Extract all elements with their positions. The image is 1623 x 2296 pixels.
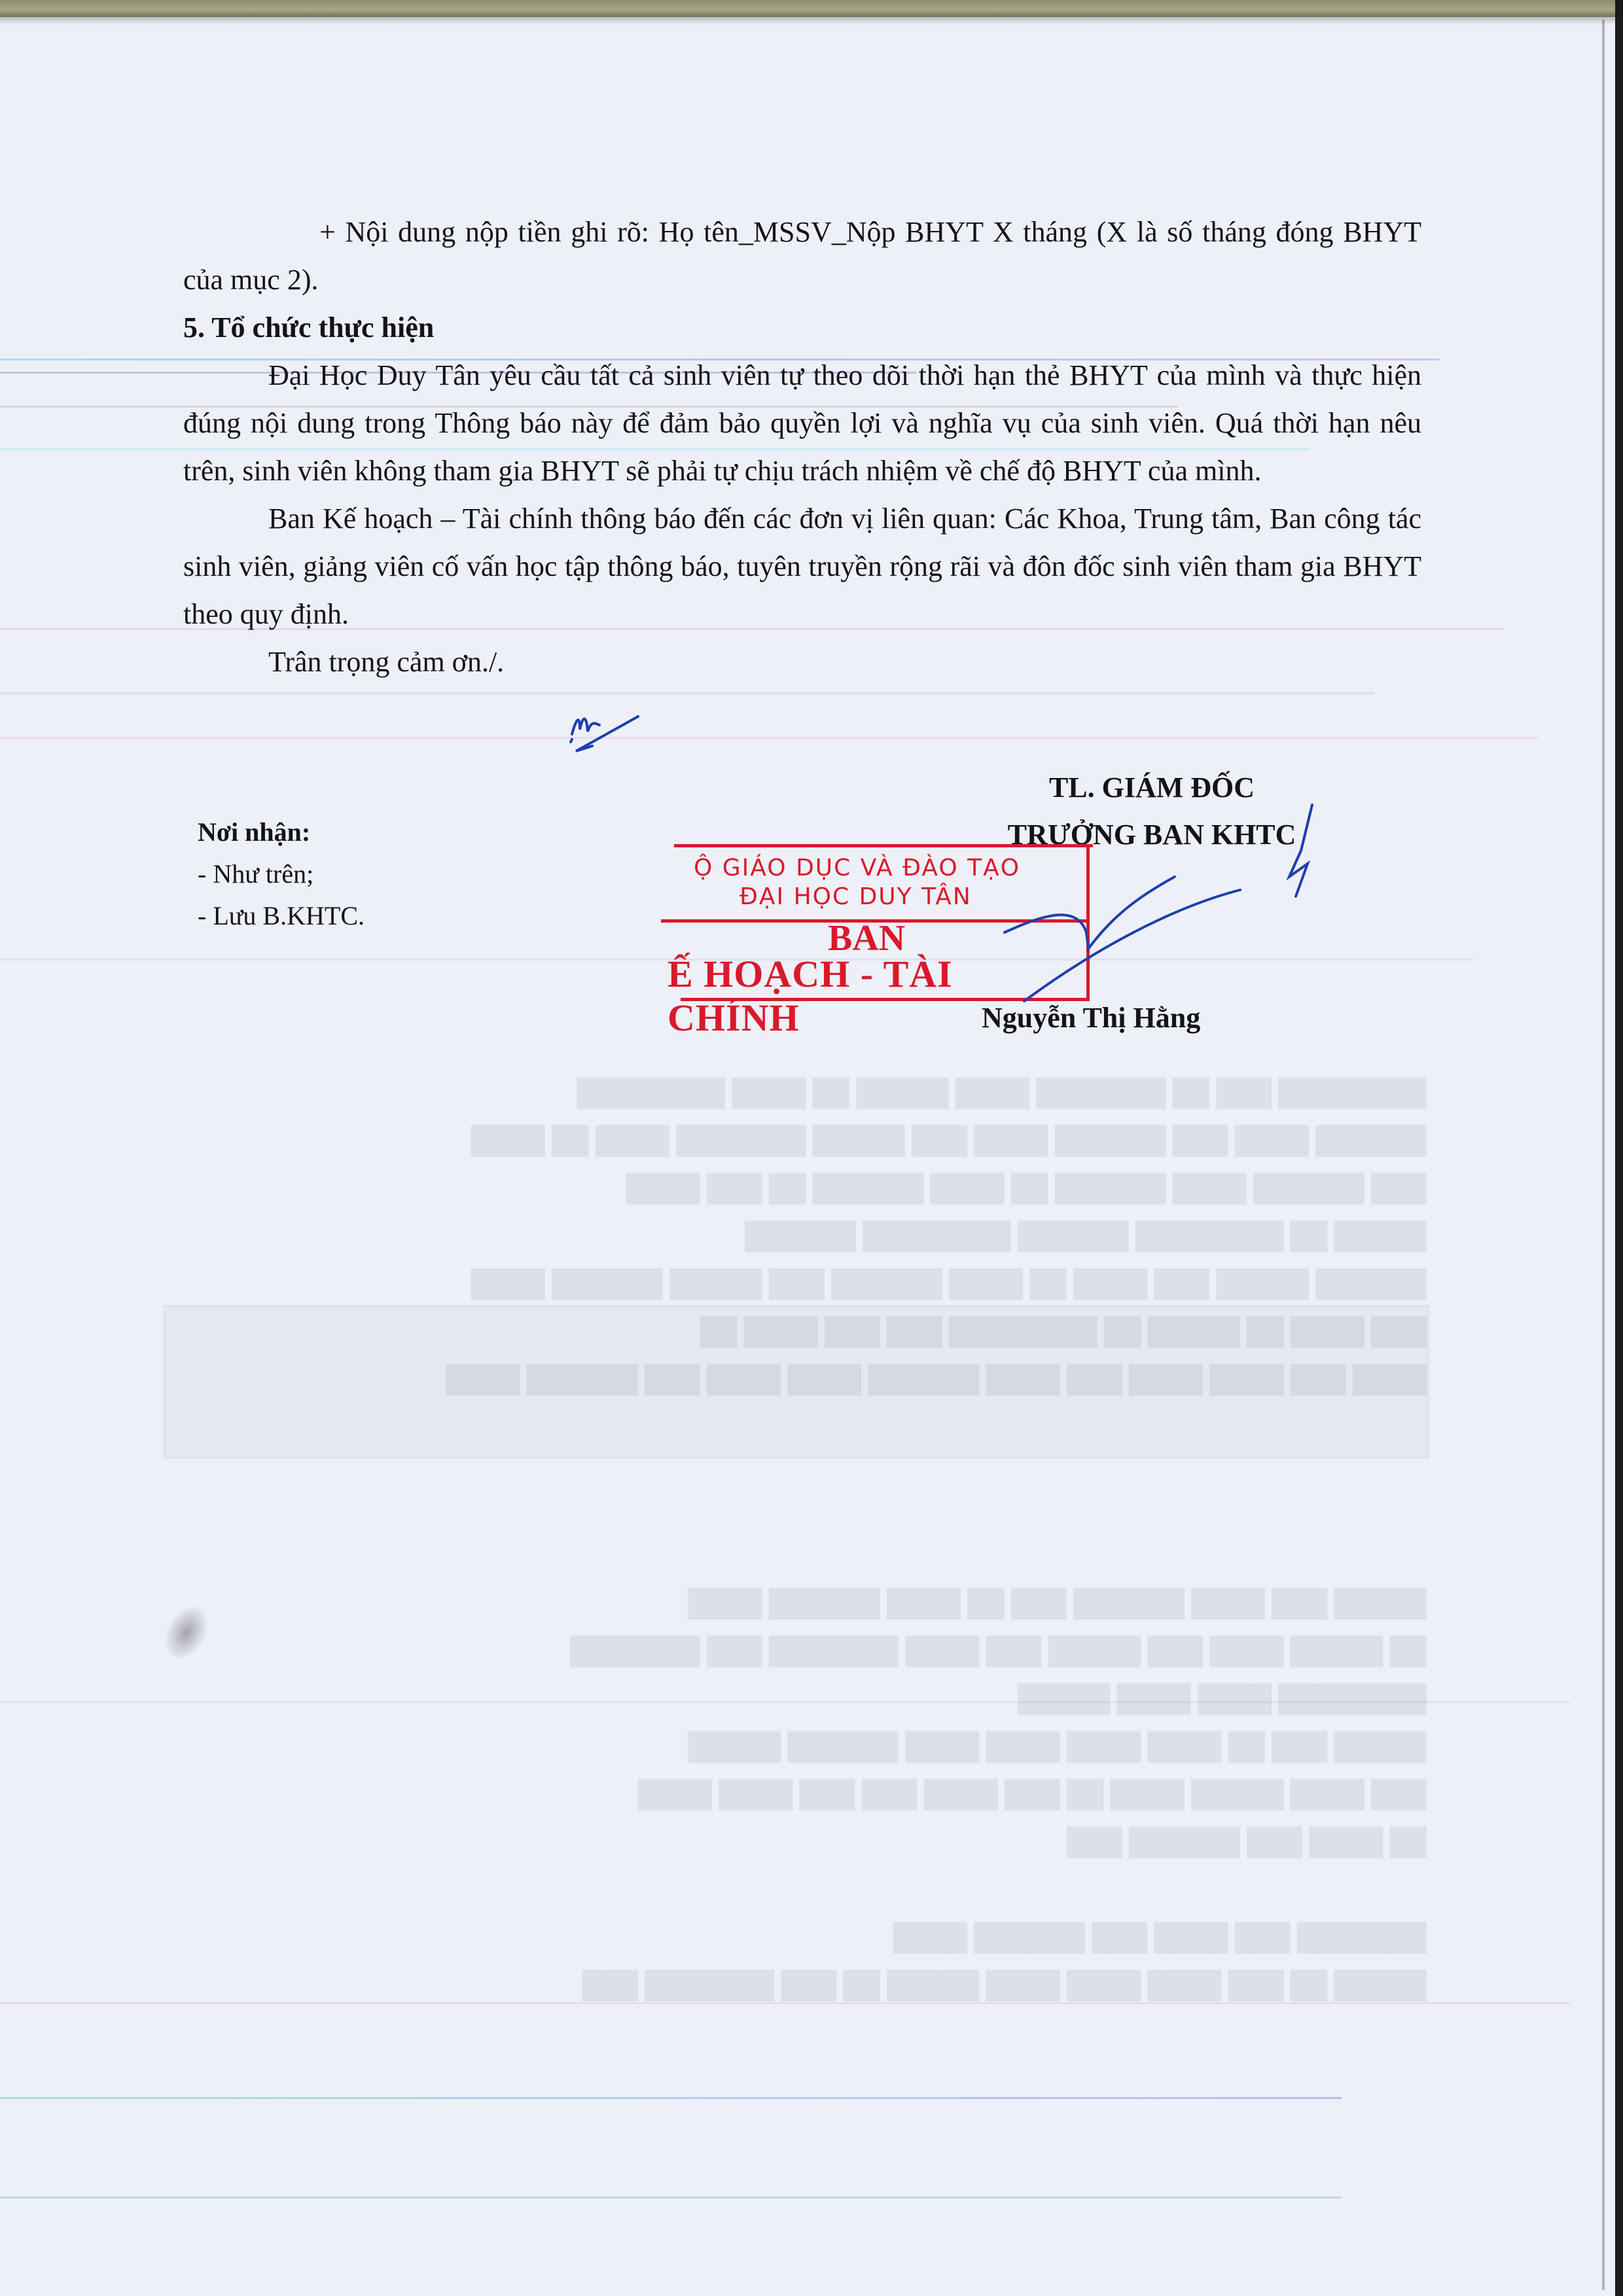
- handwritten-signature: [982, 792, 1348, 1008]
- scanner-right-edge: [1615, 0, 1623, 2296]
- scan-line: [0, 692, 1374, 694]
- paper-right-edge: [1602, 20, 1605, 2290]
- scan-line: [0, 737, 1538, 739]
- reverse-side-table-shadow: [164, 1305, 1429, 1458]
- signer-name: Nguyễn Thị Hằng: [982, 1001, 1200, 1034]
- payment-note: + Nội dung nộp tiền ghi rõ: Họ tên_MSSV_…: [183, 208, 1421, 304]
- scan-line: [0, 2197, 1342, 2199]
- stamp-line: ĐẠI HỌC DUY TÂN: [740, 883, 972, 910]
- recipient-item: - Lưu B.KHTC.: [198, 895, 365, 937]
- closing-line: Trân trọng cảm ơn./.: [183, 638, 1421, 686]
- body-paragraph: Đại Học Duy Tân yêu cầu tất cả sinh viên…: [183, 351, 1421, 495]
- reverse-side-show-through: █████ ███ ████ ██████ ███ ██ ████ ██████…: [170, 1531, 1427, 2120]
- stamp-line: Ộ GIÁO DỤC VÀ ĐÀO TẠO: [694, 855, 1020, 881]
- body-paragraph: Ban Kế hoạch – Tài chính thông báo đến c…: [183, 495, 1421, 638]
- section-heading: 5. Tổ chức thực hiện: [183, 304, 1421, 351]
- scanner-top-shadow: [0, 17, 1623, 25]
- recipients-label: Nơi nhận:: [198, 811, 365, 853]
- recipients: Nơi nhận: - Như trên; - Lưu B.KHTC.: [198, 811, 365, 937]
- initials-signature: [563, 700, 668, 759]
- scanner-top-edge: [0, 0, 1623, 17]
- document-body: + Nội dung nộp tiền ghi rõ: Họ tên_MSSV_…: [183, 208, 1421, 686]
- recipient-item: - Như trên;: [198, 853, 365, 895]
